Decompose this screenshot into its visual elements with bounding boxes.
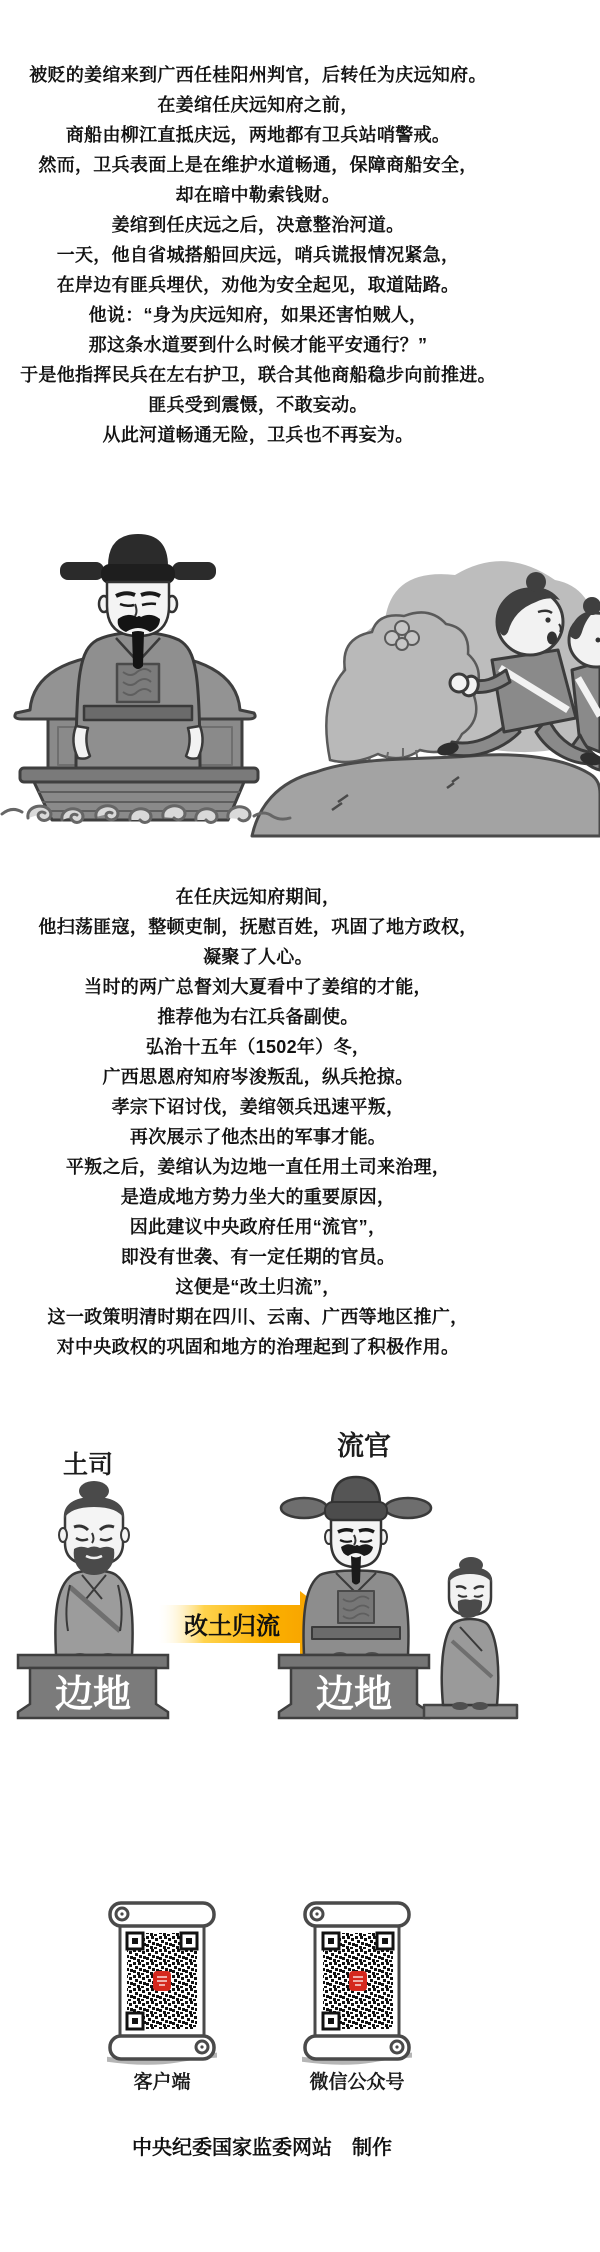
text-line: 匪兵受到震慑，不敢妄动。 (0, 390, 516, 420)
credit-line: 中央纪委国家监委网站 制作 (0, 2131, 524, 2160)
platform-right: 边地 (279, 1655, 429, 1718)
text-line: 是造成地方势力坐大的重要原因， (0, 1182, 516, 1212)
text-line: 弘治十五年（1502年）冬， (0, 1032, 516, 1062)
qr-pattern (323, 1933, 393, 2029)
story-paragraph-2: 在任庆远知府期间，他扫荡匪寇，整顿吏制，抚慰百姓，巩固了地方政权，凝聚了人心。当… (0, 882, 516, 1362)
text-line: 即没有世袭、有一定任期的官员。 (0, 1242, 516, 1272)
right-platform-label: 边地 (316, 1674, 392, 1716)
text-line: 当时的两广总督刘大夏看中了姜绾的才能， (0, 972, 516, 1002)
text-line: 然而，卫兵表面上是在维护水道畅通，保障商船安全， (0, 150, 516, 180)
text-line: 对中央政权的巩固和地方的治理起到了积极作用。 (0, 1332, 516, 1362)
qr-code-wechat: 微信公众号 (302, 1897, 412, 2097)
qr-label-client: 客户端 (133, 2067, 190, 2094)
official-figure (60, 534, 216, 770)
arrow-label: 改土归流 (184, 1612, 280, 1640)
tusi-label: 土司 (63, 1451, 113, 1479)
text-line: 平叛之后，姜绾认为边地一直任用土司来治理， (0, 1152, 516, 1182)
article-page: 被贬的姜绾来到广西任桂阳州判官，后转任为庆远知府。在姜绾任庆远知府之前，商船由柳… (0, 0, 600, 2252)
demoted-tusi-figure (424, 1557, 517, 1718)
illustration-boat-scene (0, 520, 600, 840)
text-line: 推荐他为右江兵备副使。 (0, 1002, 516, 1032)
text-line: 被贬的姜绾来到广西任桂阳州判官，后转任为庆远知府。 (0, 60, 516, 90)
text-line: 姜绾到任庆远之后，决意整治河道。 (0, 210, 516, 240)
water-waves-icon (2, 806, 290, 823)
text-line: 却在暗中勒索钱财。 (0, 180, 516, 210)
text-line: 在岸边有匪兵埋伏，劝他为安全起见，取道陆路。 (0, 270, 516, 300)
text-line: 一天，他自省城搭船回庆远，哨兵谎报情况紧急， (0, 240, 516, 270)
platform-left: 边地 (18, 1655, 168, 1718)
text-line: 在姜绾任庆远知府之前， (0, 90, 516, 120)
left-platform-label: 边地 (55, 1674, 131, 1716)
liuguan-label: 流官 (337, 1430, 391, 1461)
text-line: 孝宗下诏讨伐，姜绾领兵迅速平叛， (0, 1092, 516, 1122)
text-line: 因此建议中央政府任用“流官”， (0, 1212, 516, 1242)
scroll-qr-icon (107, 1897, 217, 2067)
text-line: 广西思恩府知府岑浚叛乱，纵兵抢掠。 (0, 1062, 516, 1092)
liuguan-figure (281, 1477, 431, 1662)
scroll-qr-icon (302, 1897, 412, 2067)
qr-pattern (127, 1933, 197, 2029)
text-line: 那这条水道要到什么时候才能平安通行？” (0, 330, 516, 360)
text-line: 商船由柳江直抵庆远，两地都有卫兵站哨警戒。 (0, 120, 516, 150)
rock-icon (252, 755, 600, 836)
text-line: 在任庆远知府期间， (0, 882, 516, 912)
text-line: 凝聚了人心。 (0, 942, 516, 972)
text-line: 他说：“身为庆远知府，如果还害怕贼人， (0, 300, 516, 330)
qr-label-wechat: 微信公众号 (309, 2067, 404, 2094)
story-paragraph-1: 被贬的姜绾来到广西任桂阳州判官，后转任为庆远知府。在姜绾任庆远知府之前，商船由柳… (0, 60, 516, 450)
qr-code-client: 客户端 (107, 1897, 217, 2097)
text-line: 这便是“改土归流”， (0, 1272, 516, 1302)
diagram-gaitu-guiliu: 土司 流官 边地 改土归流 (0, 1415, 600, 1727)
text-line: 于是他指挥民兵在左右护卫，联合其他商船稳步向前推进。 (0, 360, 516, 390)
text-line: 再次展示了他杰出的军事才能。 (0, 1122, 516, 1152)
text-line: 从此河道畅通无险，卫兵也不再妄为。 (0, 420, 516, 450)
tusi-figure (55, 1481, 132, 1663)
text-line: 这一政策明清时期在四川、云南、广西等地区推广， (0, 1302, 516, 1332)
text-line: 他扫荡匪寇，整顿吏制，抚慰百姓，巩固了地方政权， (0, 912, 516, 942)
